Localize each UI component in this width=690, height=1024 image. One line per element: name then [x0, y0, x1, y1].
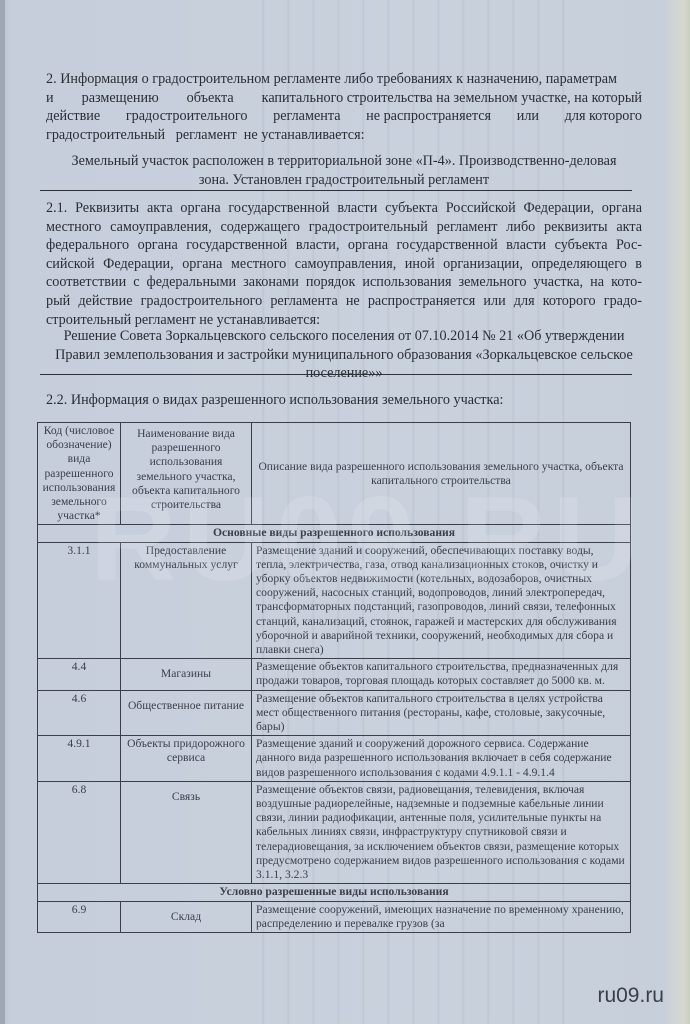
text-span: градостроительный регламент не устанавли…	[46, 127, 365, 143]
description-cell: Размещение объектов связи, радиовещания,…	[252, 781, 631, 883]
section-2-1-line: рый действие градостроительного регламен…	[46, 292, 642, 311]
name-cell: Общественное питание	[121, 690, 252, 736]
table-row: 6.9СкладРазмещение сооружений, имеющих н…	[38, 901, 631, 932]
text-span: размещению	[82, 89, 159, 108]
description-cell: Размещение объектов капитального строите…	[252, 659, 631, 690]
decision-line: Решение Совета Зоркальцевского сельского…	[46, 327, 642, 346]
underline-rule	[40, 374, 632, 375]
section-2-1-line: соответствии с федеральными законами пор…	[46, 273, 642, 292]
text-span: 2. Информация о градостроительном реглам…	[46, 70, 617, 89]
header-description: Описание вида разрешенного использования…	[252, 423, 631, 525]
description-cell: Размещение зданий и сооружений дорожного…	[252, 736, 631, 782]
table-group-row: Условно разрешенные виды использования	[38, 884, 631, 901]
text-span: градостроительного	[126, 107, 248, 126]
description-cell: Размещение зданий и сооружений, обеспечи…	[252, 542, 631, 659]
section-2-1-line: федерального органа государственной влас…	[46, 236, 642, 255]
text-span: для которого	[565, 107, 642, 126]
header-name: Наименование вида разрешенного использов…	[121, 423, 252, 525]
section-2-line: градостроительный регламент не устанавли…	[46, 126, 642, 145]
site-label: ru09.ru	[597, 984, 664, 1008]
name-cell: Предоставление коммунальных услуг	[121, 542, 252, 659]
group-title: Основные виды разрешенного использования	[38, 525, 631, 542]
section-2-line: и размещению объекта капитального строит…	[46, 89, 642, 108]
section-2-1-text: 2.1. Реквизиты акта органа государственн…	[46, 199, 642, 329]
section-2-1-line: сийской Федерации, органа местного самоу…	[46, 255, 642, 274]
text-span: капитального строительства на земельном …	[262, 89, 642, 108]
table-row: 4.9.1Объекты придорожного сервисаРазмеще…	[38, 736, 631, 782]
text-span: или	[517, 107, 539, 126]
name-cell: Магазины	[121, 659, 252, 690]
text-span: и	[46, 89, 54, 108]
code-cell: 4.6	[38, 690, 121, 736]
underline-rule	[40, 190, 632, 191]
description-cell: Размещение сооружений, имеющих назначени…	[252, 901, 631, 932]
description-cell: Размещение объектов капитального строите…	[252, 690, 631, 736]
zone-line: Земельный участок расположен в территори…	[46, 152, 642, 171]
table-header-row: Код (числовое обозначение) вида разрешен…	[38, 423, 631, 525]
header-code: Код (числовое обозначение) вида разрешен…	[38, 423, 121, 525]
decision-line: Правил землепользования и застройки муни…	[46, 346, 642, 365]
group-title: Условно разрешенные виды использования	[38, 884, 631, 901]
name-cell: Склад	[121, 901, 252, 932]
code-cell: 4.9.1	[38, 736, 121, 782]
table-row: 3.1.1Предоставление коммунальных услугРа…	[38, 542, 631, 659]
text-span: объекта	[187, 89, 234, 108]
table-row: 4.4МагазиныРазмещение объектов капитальн…	[38, 659, 631, 690]
code-cell: 3.1.1	[38, 542, 121, 659]
section-2-1-line: 2.1. Реквизиты акта органа государственн…	[46, 199, 642, 218]
code-cell: 6.8	[38, 781, 121, 883]
permitted-uses-table: Код (числовое обозначение) вида разрешен…	[37, 422, 631, 933]
section-2-2-title: 2.2. Информация о видах разрешенного исп…	[46, 391, 642, 410]
zone-statement: Земельный участок расположен в территори…	[46, 152, 642, 189]
table-group-row: Основные виды разрешенного использования	[38, 525, 631, 542]
scanned-page: 2. Информация о градостроительном реглам…	[0, 0, 690, 1024]
section-2-text: 2. Информация о градостроительном реглам…	[46, 70, 642, 144]
table-row: 6.8СвязьРазмещение объектов связи, радио…	[38, 781, 631, 883]
page-edge-shadow	[0, 0, 5, 1024]
section-2-1-line: местного самоуправления, содержащего гра…	[46, 218, 642, 237]
text-span: регламента	[273, 107, 340, 126]
table-row: 4.6Общественное питаниеРазмещение объект…	[38, 690, 631, 736]
text-span: действие	[46, 107, 100, 126]
name-cell: Связь	[121, 781, 252, 883]
zone-line: зона. Установлен градостроительный регла…	[46, 171, 642, 190]
name-cell: Объекты придорожного сервиса	[121, 736, 252, 782]
text-span: не распространяется	[366, 107, 491, 126]
code-cell: 4.4	[38, 659, 121, 690]
section-2-line: 2. Информация о градостроительном реглам…	[46, 70, 642, 89]
code-cell: 6.9	[38, 901, 121, 932]
section-2-line: действие градостроительного регламента н…	[46, 107, 642, 126]
